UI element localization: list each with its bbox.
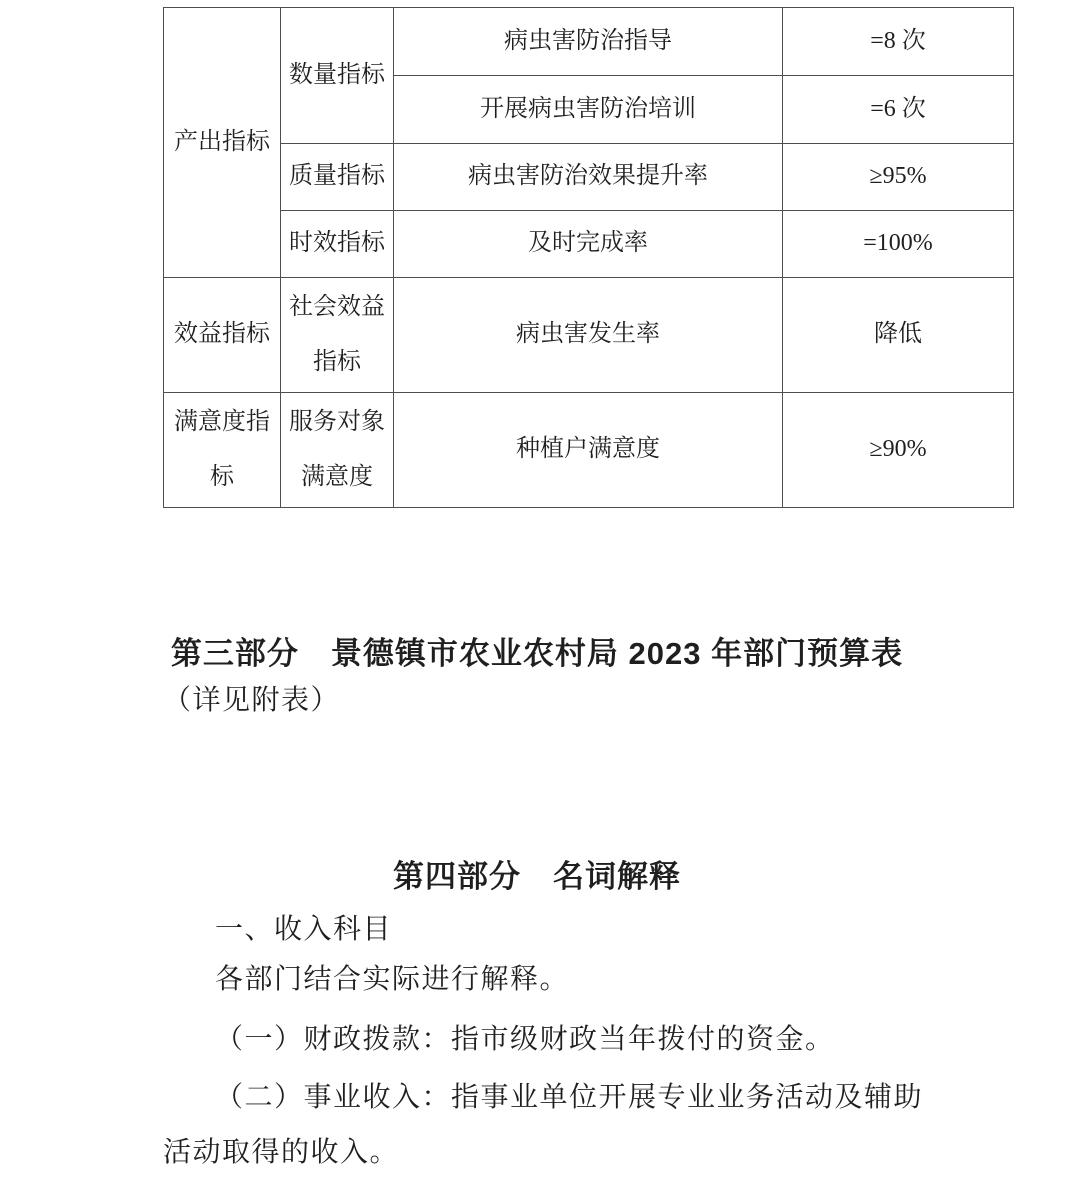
indicator-cell: 病虫害防治效果提升率 (394, 144, 783, 211)
target-value-cell: ≥90% (783, 393, 1014, 508)
performance-indicator-table: 产出指标 数量指标 病虫害防治指导 =8 次 开展病虫害防治培训 =6 次 质量… (163, 7, 1014, 508)
table-row: 质量指标 病虫害防治效果提升率 ≥95% (164, 144, 1014, 211)
subcategory-cell-service-satisfaction: 服务对象满意度 (281, 393, 394, 508)
paragraph-line-fiscal-appropriation: （一）财政拨款：指市级财政当年拨付的资金。 (163, 1023, 1065, 1057)
target-value-cell: =8 次 (783, 8, 1014, 76)
target-value-cell: =6 次 (783, 76, 1014, 144)
indicator-cell: 及时完成率 (394, 211, 783, 278)
target-value-cell: 降低 (783, 278, 1014, 393)
subcategory-cell-social-benefit: 社会效益指标 (281, 278, 394, 393)
document-page: 产出指标 数量指标 病虫害防治指导 =8 次 开展病虫害防治培训 =6 次 质量… (0, 0, 1074, 1178)
paragraph-line-explanation: 各部门结合实际进行解释。 (163, 963, 1065, 997)
paragraph-line-income-subjects: 一、收入科目 (163, 913, 1065, 947)
category-cell-benefit: 效益指标 (164, 278, 281, 393)
table-row: 满意度指标 服务对象满意度 种植户满意度 ≥90% (164, 393, 1014, 508)
subcategory-cell-quantity: 数量指标 (281, 8, 394, 144)
table-row: 时效指标 及时完成率 =100% (164, 211, 1014, 278)
indicator-cell: 病虫害防治指导 (394, 8, 783, 76)
subcategory-cell-timeliness: 时效指标 (281, 211, 394, 278)
category-cell-satisfaction: 满意度指标 (164, 393, 281, 508)
target-value-cell: ≥95% (783, 144, 1014, 211)
indicator-cell: 病虫害发生率 (394, 278, 783, 393)
indicator-cell: 开展病虫害防治培训 (394, 76, 783, 144)
target-value-cell: =100% (783, 211, 1014, 278)
part3-heading: 第三部分 景德镇市农业农村局 2023 年部门预算表 (0, 628, 1074, 673)
subcategory-cell-quality: 质量指标 (281, 144, 394, 211)
paragraph-line-business-income-continued: 活动取得的收入。 (163, 1136, 1013, 1170)
category-cell-output: 产出指标 (164, 8, 281, 278)
paragraph-line-business-income: （二）事业收入：指事业单位开展专业业务活动及辅助 (163, 1081, 1065, 1115)
table-row: 产出指标 数量指标 病虫害防治指导 =8 次 (164, 8, 1014, 76)
part4-heading: 第四部分 名词解释 (0, 851, 1074, 896)
indicator-cell: 种植户满意度 (394, 393, 783, 508)
part3-note: （详见附表） (163, 684, 1013, 718)
table-row: 效益指标 社会效益指标 病虫害发生率 降低 (164, 278, 1014, 393)
